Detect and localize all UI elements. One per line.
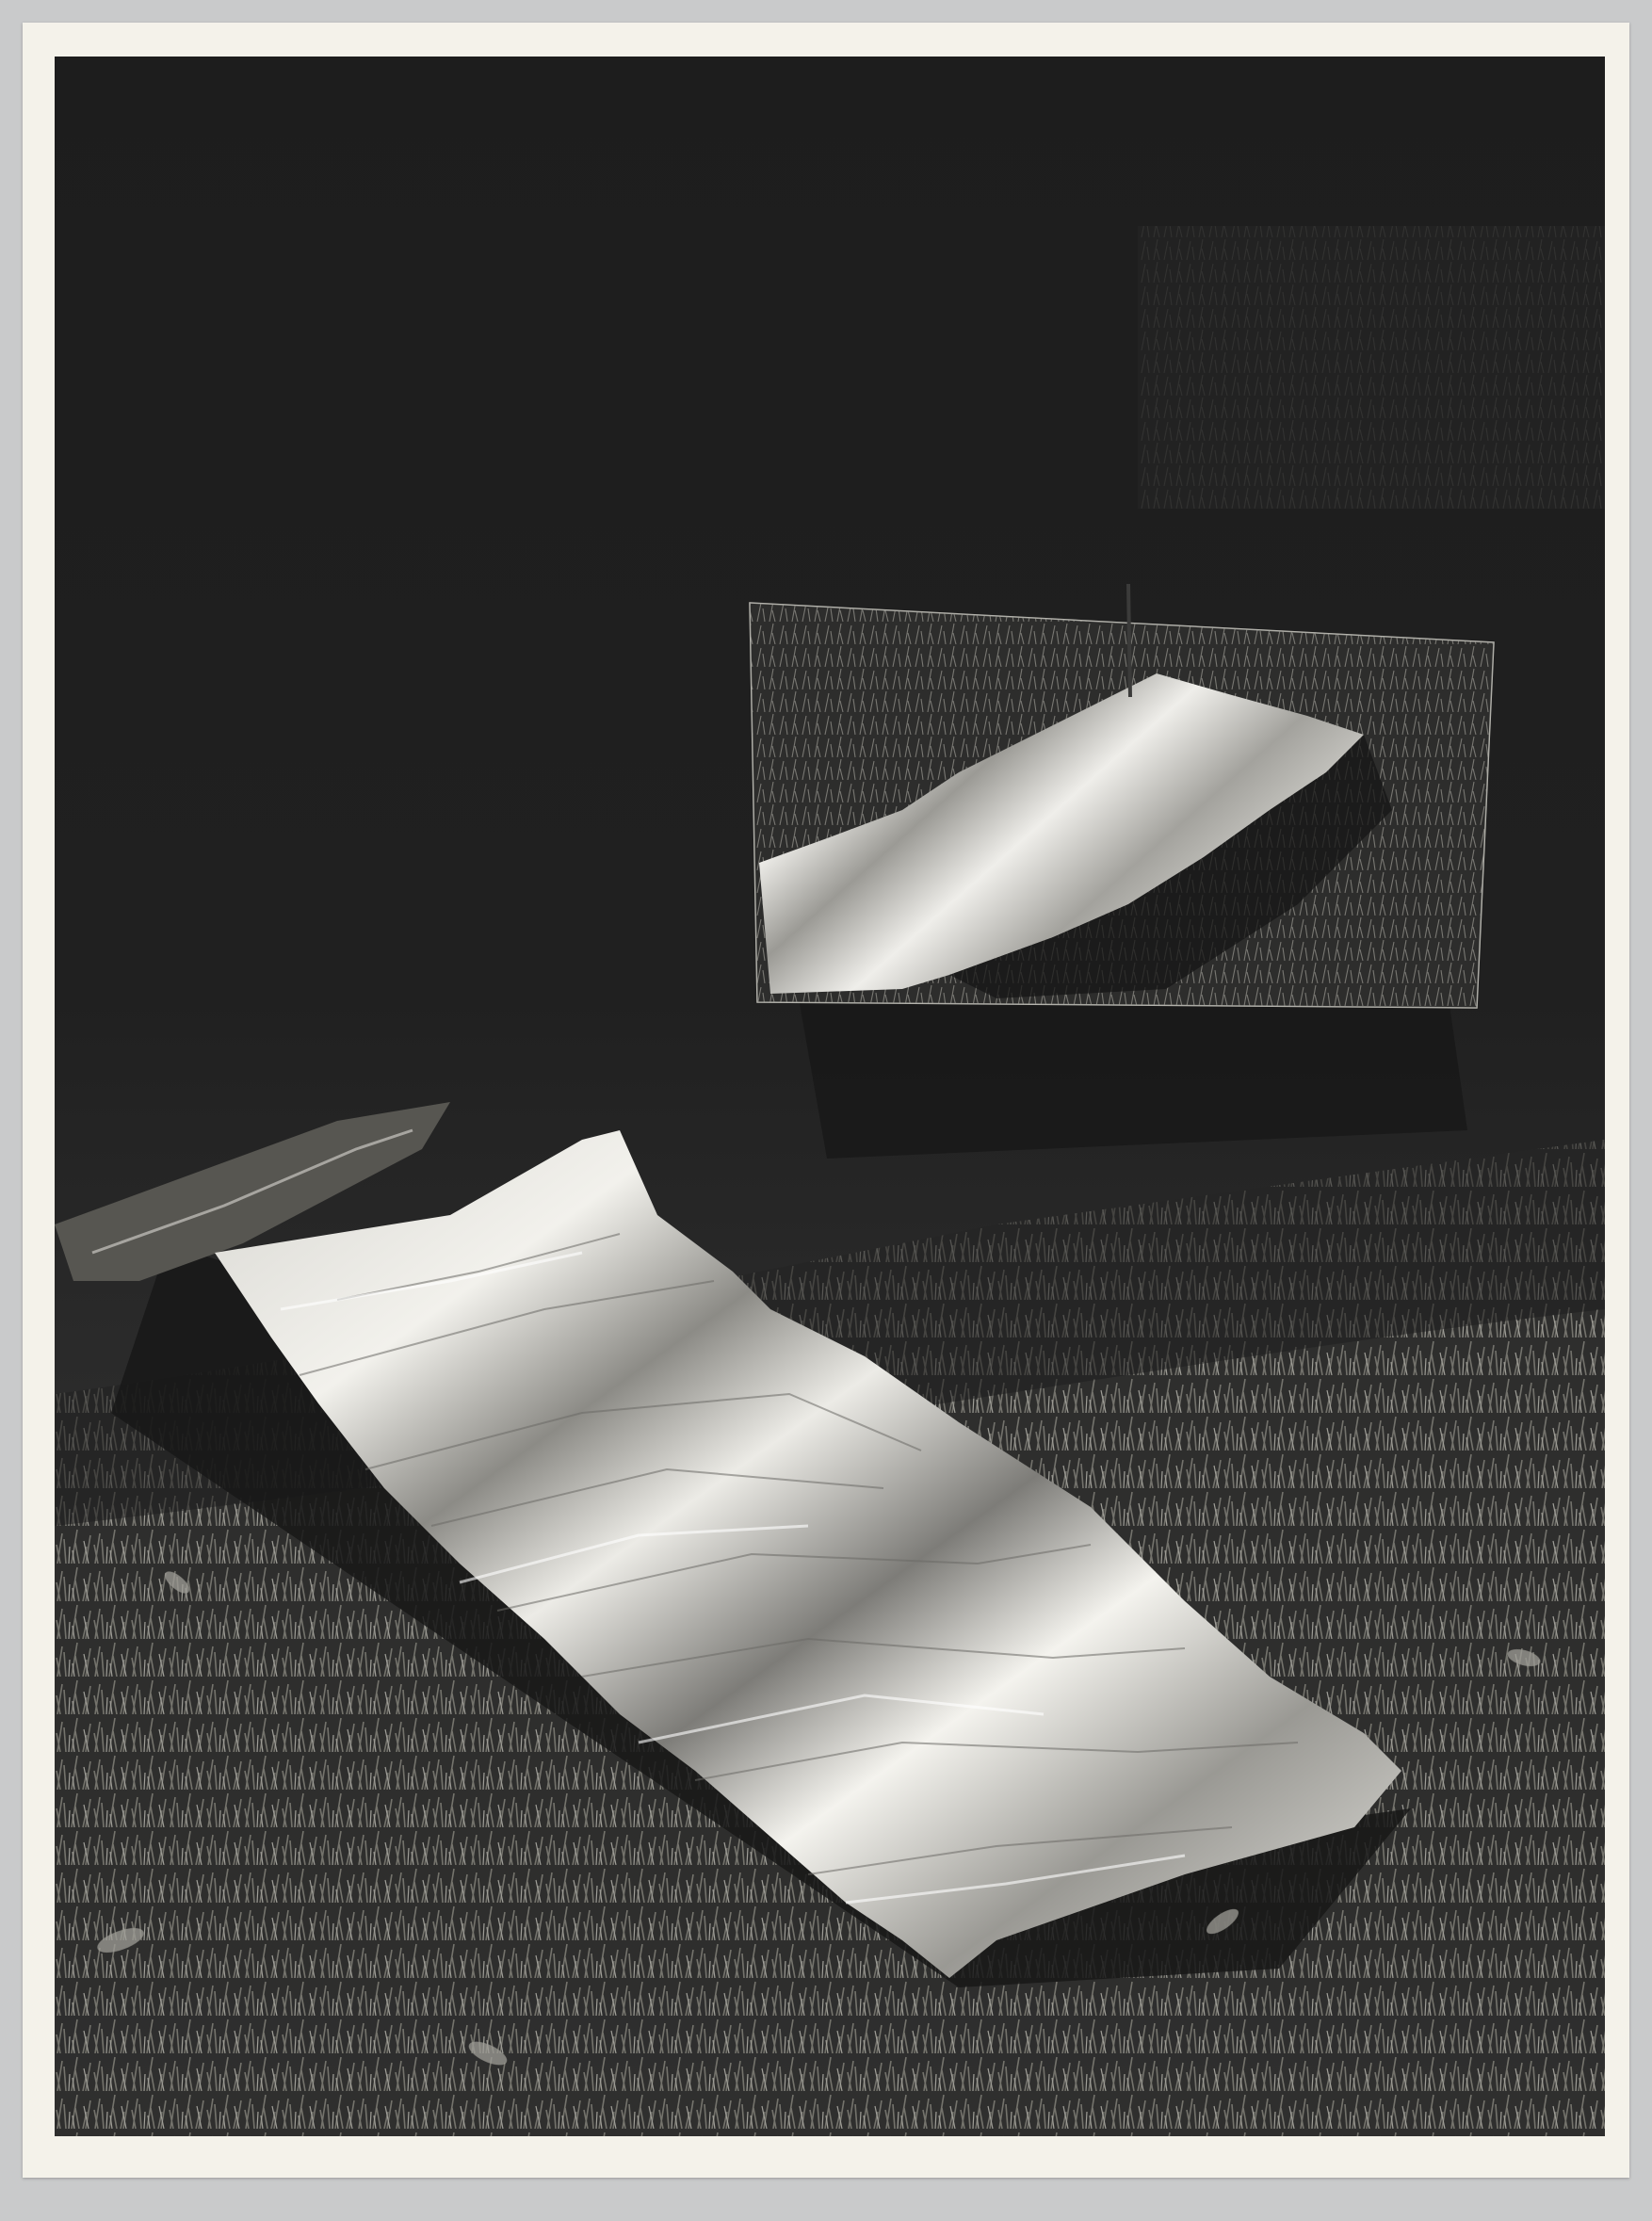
distant-grass [1138, 226, 1605, 509]
photo-scene [55, 57, 1605, 2136]
mirror [750, 584, 1494, 1008]
mirror-support-stake [1128, 584, 1130, 697]
mirror-shadow [799, 998, 1467, 1159]
photograph [55, 57, 1605, 2136]
photo-print [23, 23, 1629, 2178]
